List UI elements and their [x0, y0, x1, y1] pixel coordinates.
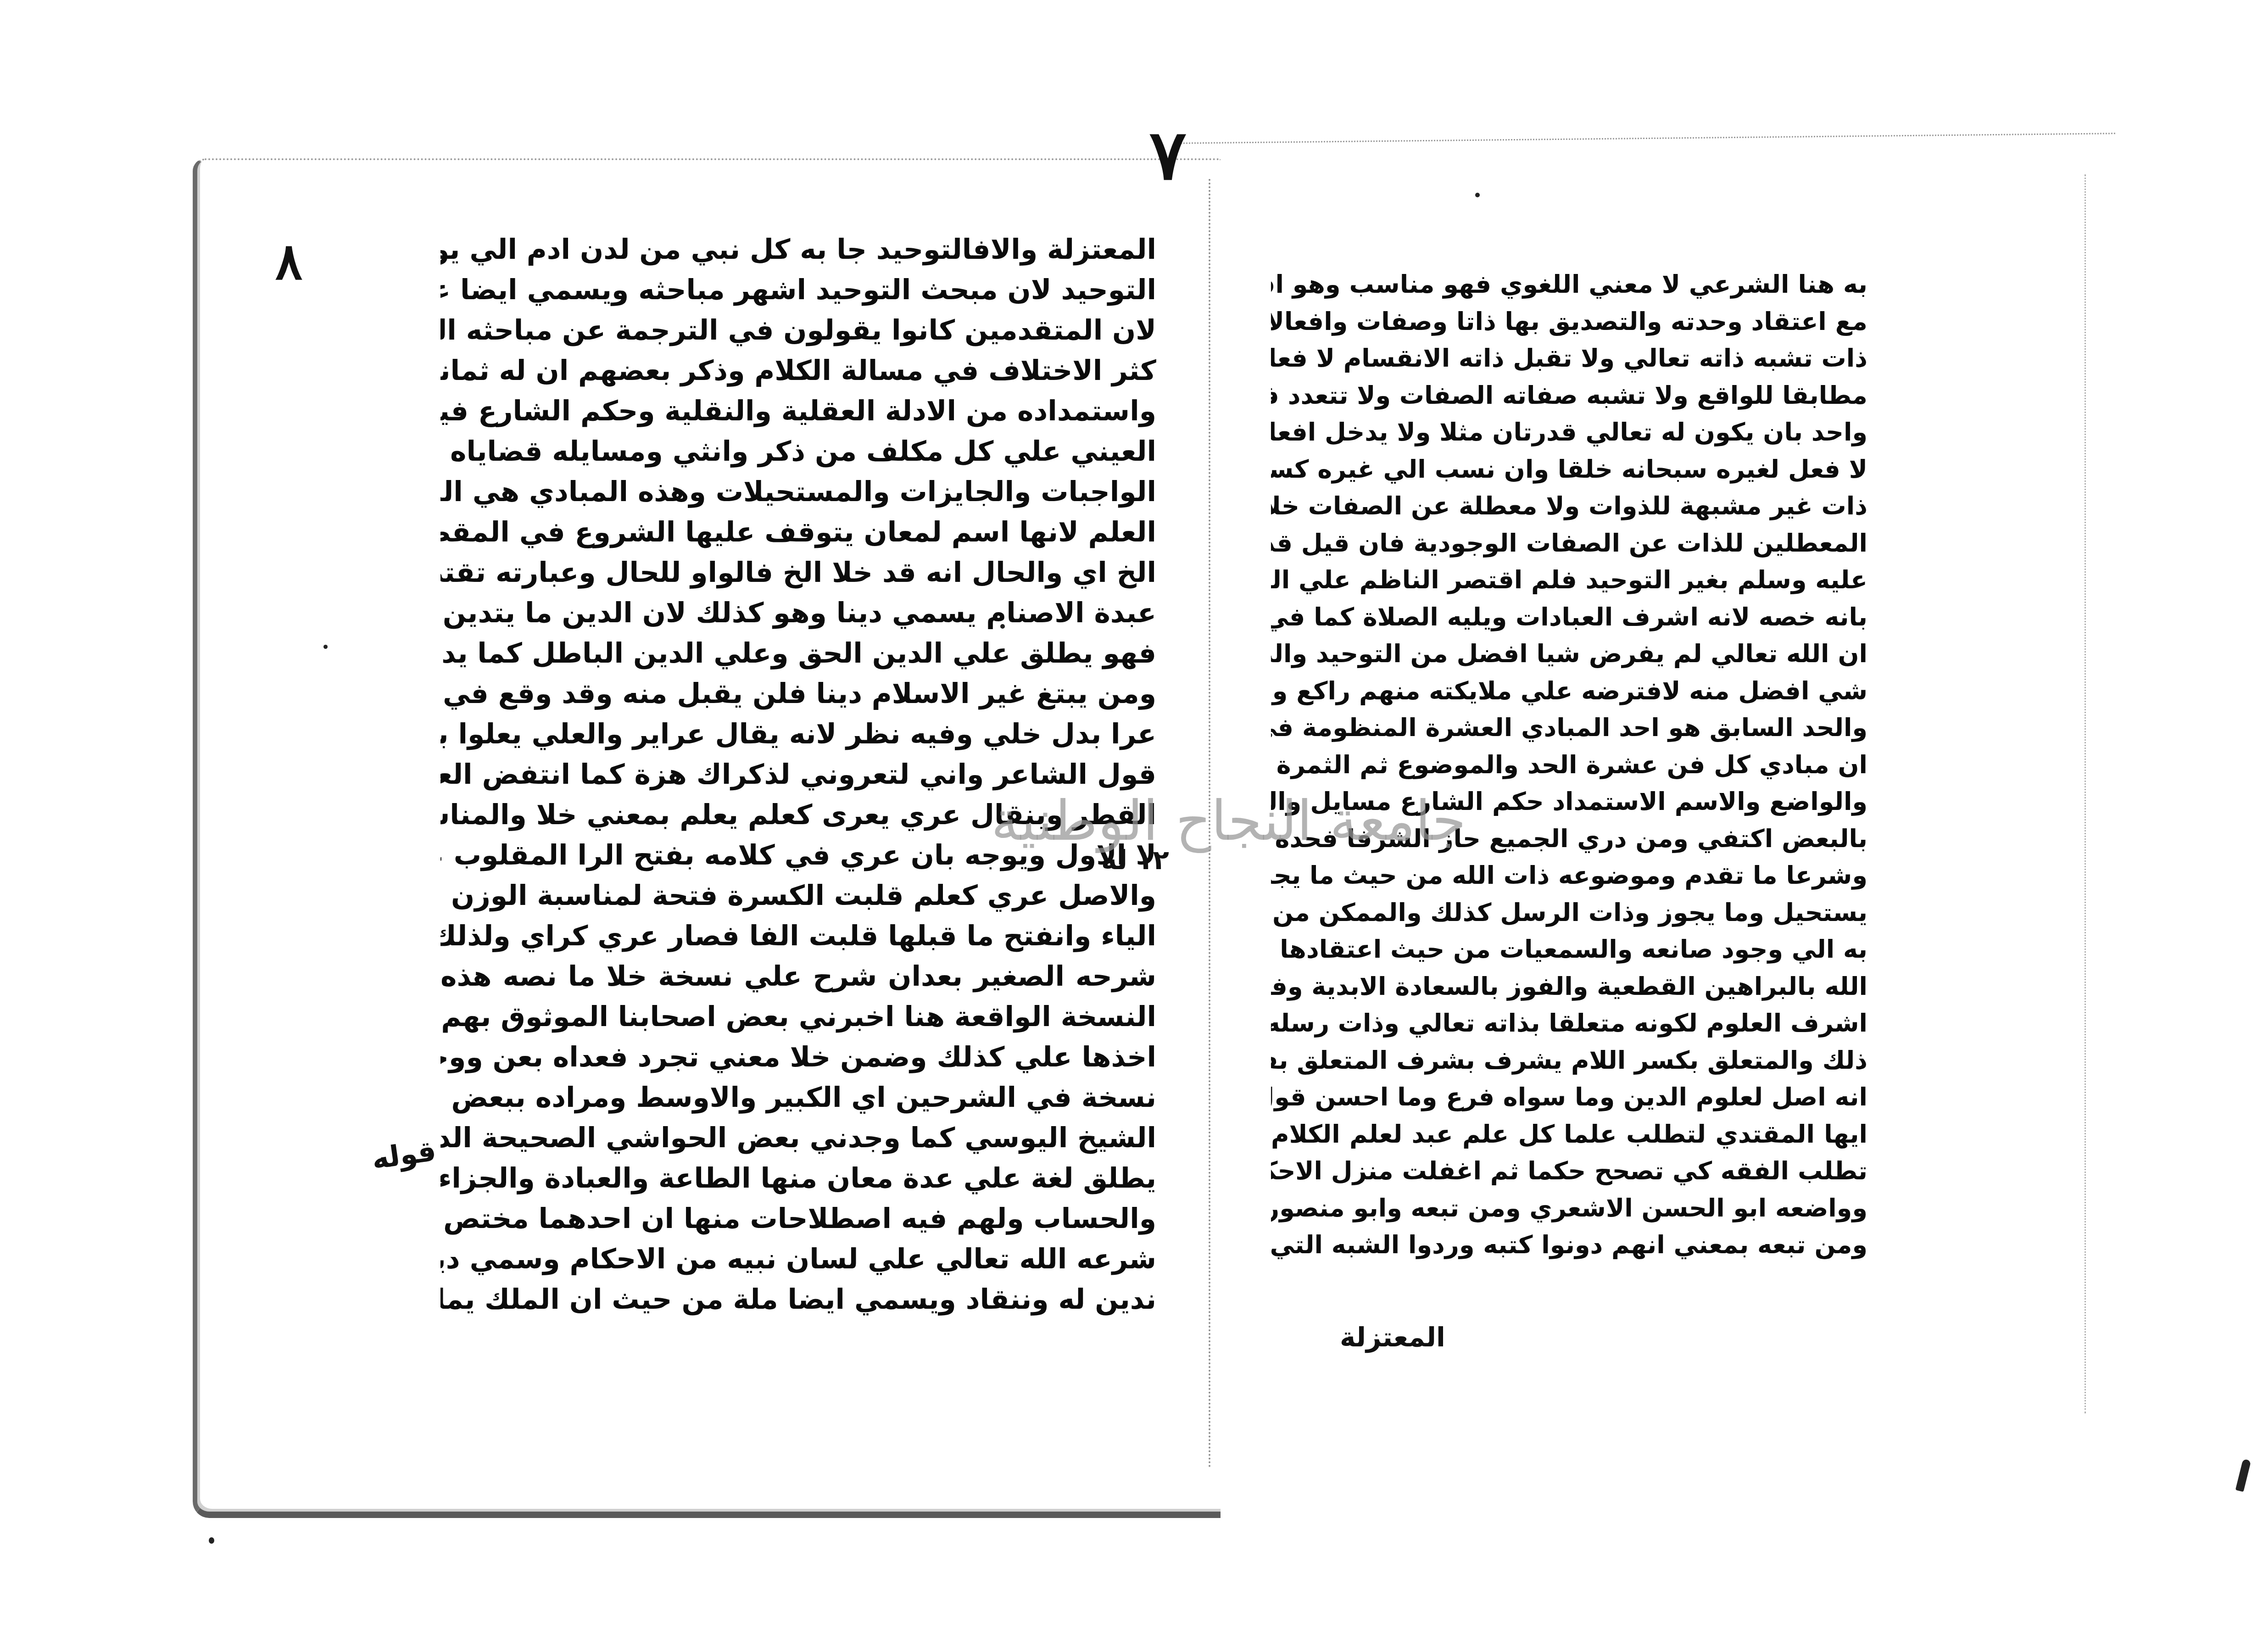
text-line: يستحيل وما يجوز وذات الرسل كذلك والممكن … [1271, 894, 1867, 932]
ink-speck [209, 1537, 214, 1544]
text-line: الواجبات والجايزات والمستحيلات وهذه المب… [440, 472, 1156, 512]
text-line: نسخة في الشرحين اي الكبير والاوسط ومراده… [440, 1077, 1156, 1118]
text-line: العلم لانها اسم لمعان يتوقف عليها الشروع… [440, 512, 1156, 553]
right-folio-number: ٧ [1149, 115, 1187, 195]
text-line: والحد السابق هو احد المبادي العشرة المنظ… [1271, 709, 1867, 747]
text-line: الشيخ اليوسي كما وجدني بعض الحواشي الصحي… [440, 1118, 1156, 1158]
text-line: ومن يبتغ غير الاسلام دينا فلن يقبل منه و… [440, 674, 1156, 714]
text-line: المعطلين للذات عن الصفات الوجودية فان قي… [1271, 525, 1867, 562]
text-line: الياء وانفتح ما قبلها قلبت الفا فصار عري… [440, 916, 1156, 956]
text-line: شرعه الله تعالي علي لسان نبيه من الاحكام… [440, 1239, 1156, 1279]
text-line: تطلب الفقه كي تصحح حكما ثم اغفلت منزل ال… [1271, 1153, 1867, 1190]
text-line: والحساب ولهم فيه اصطلاحات منها ان احدهما… [440, 1199, 1156, 1239]
text-line: ذات تشبه ذاته تعالي ولا تقبل ذاته الانقس… [1271, 340, 1867, 377]
text-line: عليه وسلم بغير التوحيد فلم اقتصر الناظم … [1271, 562, 1867, 599]
text-line: ذلك والمتعلق بكسر اللام يشرف بشرف المتعل… [1271, 1042, 1867, 1079]
text-line: انه اصل لعلوم الدين وما سواه فرع وما احس… [1271, 1079, 1867, 1116]
text-line: عرا بدل خلي وفيه نظر لانه يقال عراير وال… [440, 714, 1156, 754]
text-line: التوحيد لان مبحث التوحيد اشهر مباحثه ويس… [440, 270, 1156, 310]
text-line: وشرعا ما تقدم وموضوعه ذات الله من حيث ما… [1271, 857, 1867, 894]
text-line: العيني علي كل مكلف من ذكر وانثي ومسايله … [440, 431, 1156, 472]
text-line: شي افضل منه لافترضه علي ملايكته منهم راك… [1271, 673, 1867, 710]
text-line: كثر الاختلاف في مسالة الكلام وذكر بعضهم … [440, 351, 1156, 391]
text-line: به هنا الشرعي لا معني اللغوي فهو مناسب و… [1271, 266, 1867, 303]
left-page-text: المعتزلة والافالتوحيد جا به كل نبي من لد… [440, 229, 1156, 1320]
ink-speck [1475, 193, 1480, 197]
text-line: النسخة الواقعة هنا اخبرني بعض اصحابنا ال… [440, 997, 1156, 1037]
text-line: بانه خصه لانه اشرف العبادات ويليه الصلاة… [1271, 599, 1867, 636]
text-line: عبدة الاصنام يسمي دينا وهو كذلك لان الدي… [440, 593, 1156, 633]
text-line: فهو يطلق علي الدين الحق وعلي الدين الباط… [440, 633, 1156, 674]
text-line: الله بالبراهين القطعية والفوز بالسعادة ا… [1271, 968, 1867, 1005]
manuscript-scan: ٨ ٧ المعتزلة والافالتوحيد جا به كل نبي م… [0, 0, 2263, 1652]
text-line: اخذها علي كذلك وضمن خلا معني تجرد فعداه … [440, 1037, 1156, 1077]
text-line: ومن تبعه بمعني انهم دونوا كتبه وردوا الش… [1271, 1227, 1867, 1264]
right-page-outer-edge [2083, 174, 2086, 1413]
text-line: ندين له وننقاد ويسمي ايضا ملة من حيث ان … [440, 1279, 1156, 1320]
text-line: ان الله تعالي لم يفرض شيا افضل من التوحي… [1271, 636, 1867, 673]
ink-speck [1000, 624, 1005, 629]
text-line: والاصل عري كعلم قلبت الكسرة فتحة لمناسبة… [440, 876, 1156, 916]
text-line: الخ اي والحال انه قد خلا الخ فالواو للحا… [440, 553, 1156, 593]
text-line: ايها المقتدي لتطلب علما كل علم عبد لعلم … [1271, 1116, 1867, 1153]
left-folio-number: ٨ [275, 232, 302, 291]
text-line: به الي وجود صانعه والسمعيات من حيث اعتقا… [1271, 931, 1867, 968]
right-page-text: به هنا الشرعي لا معني اللغوي فهو مناسب و… [1271, 266, 1867, 1264]
text-line: مطابقا للواقع ولا تشبه صفاته الصفات ولا … [1271, 377, 1867, 414]
text-line: المعتزلة والافالتوحيد جا به كل نبي من لد… [440, 229, 1156, 270]
text-line: واحد بان يكون له تعالي قدرتان مثلا ولا ي… [1271, 414, 1867, 451]
text-line: قول الشاعر واني لتعروني لذكراك هزة كما ا… [440, 754, 1156, 795]
text-line: واستمداده من الادلة العقلية والنقلية وحك… [440, 391, 1156, 431]
text-line: مع اعتقاد وحدته والتصديق بها ذاتا وصفات … [1271, 303, 1867, 340]
right-page-top-edge [1175, 133, 2115, 145]
text-line: ان مبادي كل فن عشرة الحد والموضوع ثم الث… [1271, 747, 1867, 784]
text-line: يطلق لغة علي عدة معان منها الطاعة والعبا… [440, 1158, 1156, 1199]
text-line: اشرف العلوم لكونه متعلقا بذاته تعالي وذا… [1271, 1005, 1867, 1042]
library-watermark: جامعة النجاح الوطنية [991, 789, 1466, 853]
text-line: لان المتقدمين كانوا يقولون في الترجمة عن… [440, 310, 1156, 351]
ink-speck [323, 645, 328, 649]
text-line: لا فعل لغيره سبحانه خلقا وان نسب الي غير… [1271, 451, 1867, 488]
text-line: شرحه الصغير بعدان شرح علي نسخة خلا ما نص… [440, 956, 1156, 997]
text-line: وواضعه ابو الحسن الاشعري ومن تبعه وابو م… [1271, 1190, 1867, 1227]
text-line: ذات غير مشبهة للذوات ولا معطلة عن الصفات… [1271, 488, 1867, 525]
scan-corner-mark [2235, 1459, 2251, 1492]
catchword: المعتزلة [1340, 1322, 1445, 1353]
